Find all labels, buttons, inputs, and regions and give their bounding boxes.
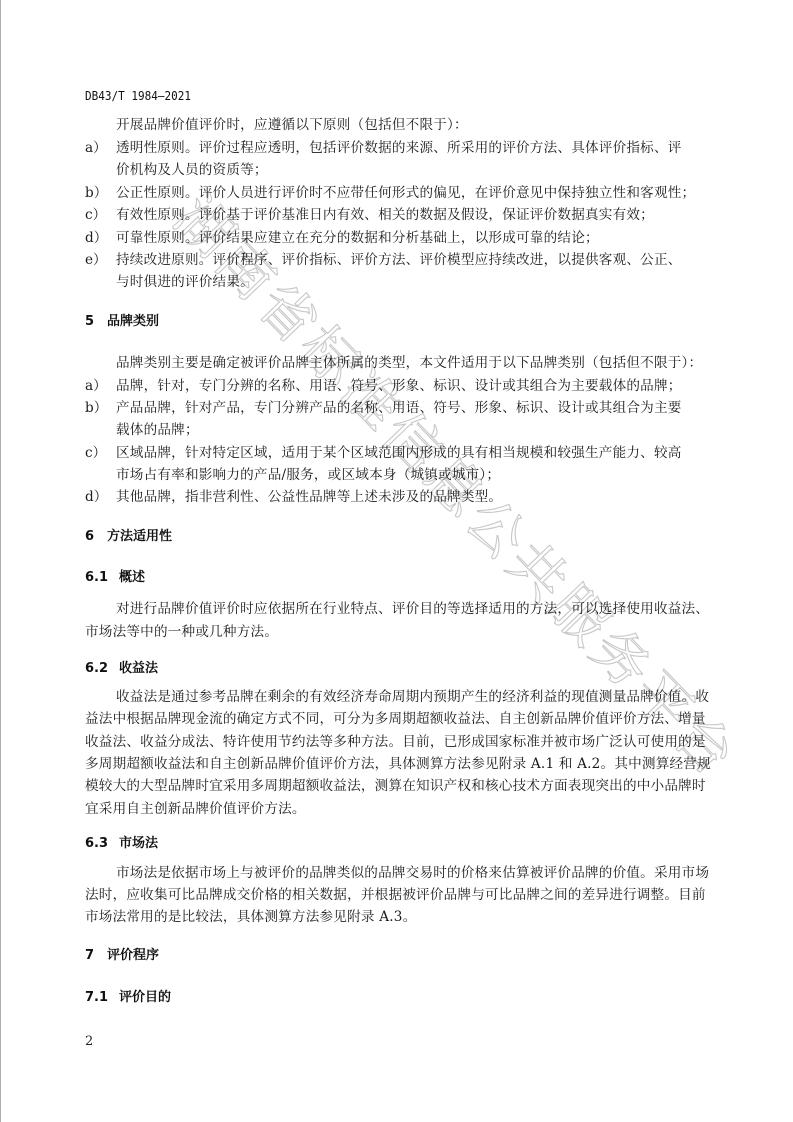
list-item-text: 持续改进原则。评价程序、评价指标、评价方法、评价模型应持续改进，以提供客观、公正… — [116, 249, 682, 272]
list-item-label: e） — [85, 249, 107, 272]
list-item-text: 品牌，针对，专门分辨的名称、用语、符号、形象、标识、设计或其组合为主要载体的品牌… — [116, 375, 682, 398]
list-item-text: 有效性原则。评价基于评价基准日内有效、相关的数据及假设，保证评价数据真实有效； — [116, 204, 654, 227]
section-heading-5: 5品牌类别 — [85, 312, 159, 332]
section-number: 7 — [85, 946, 107, 966]
intro-lead: 开展品牌价值评价时，应遵循以下原则（包括但不限于）： — [116, 114, 468, 137]
list-item-text: 与时俱进的评价结果。 — [116, 271, 254, 294]
paragraph-line: 市场法等中的一种或几种方法。 — [85, 621, 278, 644]
standard-code: DB43/T 1984—2021 — [85, 88, 191, 103]
list-item-label: c） — [85, 442, 106, 465]
subsection-heading-6-3: 6.3市场法 — [85, 834, 158, 854]
paragraph-line: 模较大的大型品牌时宜采用多周期超额收益法，测算在知识产权和核心技术方面表现突出的… — [85, 775, 706, 798]
section-title: 方法适用性 — [107, 529, 172, 544]
list-item-label: a） — [85, 137, 107, 160]
list-item-text: 区域品牌，针对特定区域，适用于某个区域范围内形成的具有相当规模和较强生产能力、较… — [116, 442, 682, 465]
subsection-number: 6.2 — [85, 659, 119, 679]
list-item-text: 市场占有率和影响力的产品/服务，或区域本身（城镇或城市）； — [116, 464, 500, 487]
list-item-text: 公正性原则。评价人员进行评价时不应带任何形式的偏见，在评价意见中保持独立性和客观… — [116, 182, 695, 205]
list-item-text: 产品品牌，针对产品，专门分辨产品的名称、用语、符号、形象、标识、设计或其组合为主… — [116, 397, 682, 420]
list-item-text: 价机构及人员的资质等； — [116, 159, 268, 182]
paragraph-line: 益法中根据品牌现金流的确定方式不同，可分为多周期超额收益法、自主创新品牌价值评价… — [85, 708, 706, 731]
paragraph-line: 宜采用自主创新品牌价值评价方法。 — [85, 798, 306, 821]
subsection-number: 6.1 — [85, 568, 119, 588]
section-heading-6: 6方法适用性 — [85, 527, 172, 547]
list-item-label: c） — [85, 204, 106, 227]
paragraph-line: 收益法、收益分成法、特许使用节约法等多种方法。目前，已形成国家标准并被市场广泛认… — [85, 731, 706, 754]
list-item-text: 其他品牌，指非营利性、公益性品牌等上述未涉及的品牌类型。 — [116, 486, 502, 509]
list-item-text: 载体的品牌； — [116, 419, 199, 442]
subsection-title: 评价目的 — [119, 990, 171, 1005]
list-item-text: 透明性原则。评价过程应透明，包括评价数据的来源、所采用的评价方法、具体评价指标、… — [116, 137, 682, 160]
paragraph-line: 市场法是依据市场上与被评价的品牌类似的品牌交易时的价格来估算被评价品牌的价值。采… — [116, 862, 709, 885]
paragraph-line: 收益法是通过参考品牌在剩余的有效经济寿命周期内预期产生的经济利益的现值测量品牌价… — [116, 686, 709, 709]
paragraph-line: 多周期超额收益法和自主创新品牌价值评价方法，具体测算方法参见附录 A.1 和 A… — [85, 753, 711, 776]
list-item-label: b） — [85, 397, 107, 420]
subsection-title: 概述 — [119, 570, 145, 585]
subsection-number: 6.3 — [85, 834, 119, 854]
section-number: 5 — [85, 312, 107, 332]
list-item-label: d） — [85, 486, 107, 509]
paragraph-line: 对进行品牌价值评价时应依据所在行业特点、评价目的等选择适用的方法，可以选择使用收… — [116, 598, 709, 621]
section-title: 品牌类别 — [107, 314, 159, 329]
section5-lead: 品牌类别主要是确定被评价品牌主体所属的类型，本文件适用于以下品牌类别（包括但不限… — [116, 352, 702, 375]
paragraph-line: 法时，应收集可比品牌成交价格的相关数据，并根据被评价品牌与可比品牌之间的差异进行… — [85, 884, 706, 907]
page-number: 2 — [85, 1034, 93, 1049]
paragraph-line: 市场法常用的是比较法，具体测算方法参见附录 A.3。 — [85, 906, 416, 929]
document-page: 湖南省标准信息公共服务平台 DB43/T 1984—2021 开展品牌价值评价时… — [0, 0, 793, 1122]
subsection-heading-6-1: 6.1概述 — [85, 568, 145, 588]
subsection-heading-7-1: 7.1评价目的 — [85, 988, 171, 1008]
section-number: 6 — [85, 527, 107, 547]
list-item-label: d） — [85, 227, 107, 250]
section-title: 评价程序 — [107, 948, 159, 963]
subsection-number: 7.1 — [85, 988, 119, 1008]
section-heading-7: 7评价程序 — [85, 946, 159, 966]
subsection-heading-6-2: 6.2收益法 — [85, 659, 158, 679]
list-item-text: 可靠性原则。评价结果应建立在充分的数据和分析基础上，以形成可靠的结论； — [116, 227, 599, 250]
subsection-title: 市场法 — [119, 836, 158, 851]
list-item-label: a） — [85, 375, 107, 398]
list-item-label: b） — [85, 182, 107, 205]
subsection-title: 收益法 — [119, 661, 158, 676]
